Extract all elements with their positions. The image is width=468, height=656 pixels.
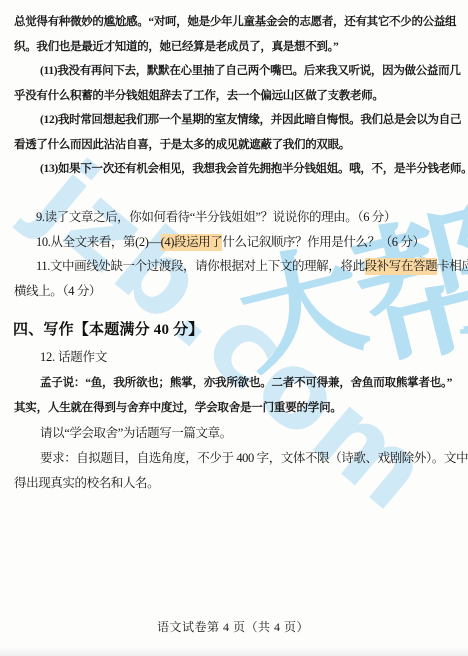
- question-9: 9.读了文章之后，你如何看待“半分钱姐姐”？说说你的理由。（6 分）: [36, 210, 396, 226]
- scan-bottom-shadow: [0, 648, 468, 656]
- question-10-text-after: 什么记叙顺序？作用是什么？（6 分）: [222, 235, 424, 249]
- writing-requirements-line-2: 得出现真实的校名和人名。: [14, 476, 159, 492]
- passage-line-5-para12: (12)我时常回想起我们那一个星期的室友情缘，并因此暗自悔恨。我们总是会以为自己: [40, 113, 461, 127]
- page-number-footer: 语文试卷第 4 页（共 4 页）: [157, 620, 309, 635]
- question-11-continuation: 横线上。（4 分）: [14, 284, 101, 300]
- passage-line-7-para13: (13)如果下一次还有机会相见，我想我会首先拥抱半分钱姐姐。哦，不，是半分钱老师…: [40, 162, 468, 176]
- writing-requirements-line-1: 要求：自拟题目，自选角度，不少于 400 字，文体不限（诗歌、戏剧除外）。文中不: [40, 451, 468, 467]
- exam-paper-page: jzb.com 大帮 总觉得有种微妙的尴尬感。“对呵，她是少年儿童基金会的志愿者…: [0, 0, 468, 656]
- question-11-text: 11.文中画线处缺一个过渡段，请你根据对上下文的理解，将此: [36, 259, 365, 273]
- passage-line-3-para11: (11)我没有再问下去，默默在心里抽了自己两个嘴巴。后来我又听说，因为做公益而几: [40, 64, 461, 78]
- watermark-logo-char-1: 大: [228, 236, 376, 384]
- passage-line-1: 总觉得有种微妙的尴尬感。“对呵，她是少年儿童基金会的志愿者，还有其它不少的公益组: [14, 15, 456, 29]
- question-11: 11.文中画线处缺一个过渡段，请你根据对上下文的理解，将此段补写在答题卡相应的: [36, 259, 468, 275]
- watermark-logo-char-2: 帮: [342, 199, 468, 381]
- question-10: 10.从全文来看，第(2)—(4)段运用了什么记叙顺序？作用是什么？（6 分）: [36, 235, 425, 251]
- question-10-text: 10.从全文来看，第(2)—: [36, 235, 161, 249]
- watermark-logo-text: 大帮: [222, 177, 468, 387]
- passage-line-4: 乎没有什么积蓄的半分钱姐姐辞去了工作，去一个偏远山区做了支教老师。: [14, 89, 384, 103]
- question-10-highlight: (4)段运用了: [161, 234, 223, 251]
- writing-section-title: 四、写作【本题满分 40 分】: [13, 321, 204, 340]
- question-11-text-after: 卡相应的: [437, 259, 468, 273]
- passage-line-2: 织。我们也是最近才知道的，她已经算是老成员了，真是想不到。”: [14, 40, 339, 54]
- writing-quote-line-2: 其实，人生就在得到与舍弃中度过，学会取舍是一门重要的学问。: [14, 401, 342, 415]
- writing-quote-line-1: 孟子说：“鱼，我所欲也；熊掌，亦我所欲也。二者不可得兼，舍鱼而取熊掌者也。”: [40, 376, 452, 390]
- question-11-highlight: 段补写在答题: [365, 258, 438, 275]
- writing-item-12-label: 12. 话题作文: [40, 350, 107, 366]
- writing-topic-line: 请以“学会取舍”为话题写一篇文章。: [40, 426, 232, 442]
- passage-line-6: 看透了什么而因此沾沾自喜，于是太多的成见就遮蔽了我们的双眼。: [14, 138, 350, 152]
